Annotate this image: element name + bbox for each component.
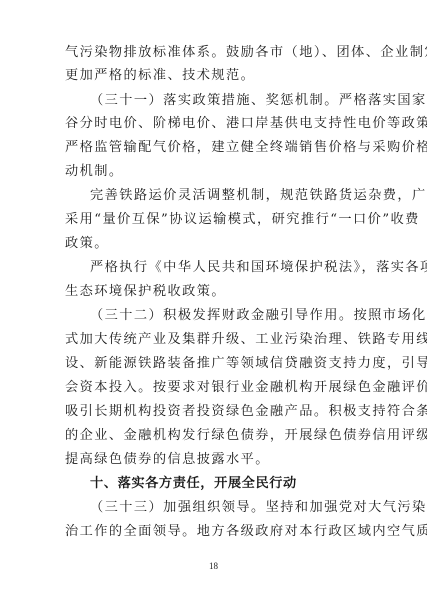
text-line: 会资本投入。按要求对银行业金融机构开展绿色金融评价，: [65, 380, 363, 396]
text-line: 治工作的全面领导。地方各级政府对本行政区域内空气质量: [65, 524, 363, 540]
paragraph-start: 严格执行《中华人民共和国环境保护税法》，落实各项: [90, 260, 363, 276]
page-number: 18: [0, 561, 427, 571]
section-heading: 十、落实各方责任，开展全民行动: [90, 476, 363, 492]
text-line: 吸引长期机构投资者投资绿色金融产品。积极支持符合条件: [65, 404, 363, 420]
paragraph-start-31: （三十一）落实政策措施、奖惩机制。严格落实国家峰: [90, 93, 363, 109]
document-page: 气污染物排放标准体系。鼓励各市（地）、团体、企业制定 更加严格的标准、技术规范。…: [0, 0, 427, 604]
text-line: 严格监管输配气价格，建立健全终端销售价格与采购价格联: [65, 140, 363, 156]
text-line: 式加大传统产业及集群升级、工业污染治理、铁路专用线建: [65, 332, 363, 348]
text-line: 更加严格的标准、技术规范。: [65, 68, 363, 84]
text-line: 采用“量价互保”协议运输模式，研究推行“一口价”收费: [65, 212, 363, 228]
paragraph-start: 完善铁路运价灵活调整机制，规范铁路货运杂费，广泛: [90, 188, 363, 204]
text-line: 生态环境保护税收政策。: [65, 284, 363, 300]
text-line: 政策。: [65, 236, 363, 252]
text-line: 动机制。: [65, 164, 363, 180]
paragraph-start-33: （三十三）加强组织领导。坚持和加强党对大气污染防: [90, 500, 363, 516]
paragraph-start-32: （三十二）积极发挥财政金融引导作用。按照市场化方: [90, 308, 363, 324]
text-line: 设、新能源铁路装备推广等领域信贷融资支持力度，引导社: [65, 356, 363, 372]
text-line: 谷分时电价、阶梯电价、港口岸基供电支持性电价等政策，: [65, 116, 363, 132]
text-line: 气污染物排放标准体系。鼓励各市（地）、团体、企业制定: [65, 45, 363, 61]
text-line: 提高绿色债券的信息披露水平。: [65, 452, 363, 468]
text-line: 的企业、金融机构发行绿色债券，开展绿色债券信用评级，: [65, 428, 363, 444]
